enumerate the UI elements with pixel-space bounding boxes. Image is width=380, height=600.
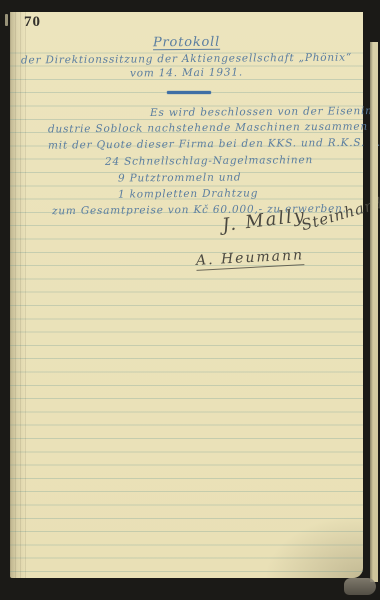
body-line-wire-drawing: 1 kompletten Drahtzug	[118, 187, 258, 200]
ruled-lines	[10, 40, 363, 572]
page-number: 70	[24, 14, 41, 31]
heading-divider-rule	[167, 91, 211, 94]
next-page-edge	[370, 42, 378, 582]
binding-mark	[5, 14, 8, 26]
ledger-page: 70 Protokoll der Direktionssitzung der A…	[10, 12, 363, 578]
body-line-drums: 9 Putztrommeln und	[118, 171, 241, 184]
protocol-title: Protokoll	[10, 33, 363, 51]
body-line-machines: 24 Schnellschlag-Nagelmaschinen	[105, 154, 313, 168]
book-photo-background: 70 Protokoll der Direktionssitzung der A…	[0, 0, 380, 600]
page-curl-shadow	[344, 578, 376, 595]
body-line: Es wird beschlossen von der Eisenin-	[150, 105, 377, 119]
binding-crease	[10, 12, 26, 578]
